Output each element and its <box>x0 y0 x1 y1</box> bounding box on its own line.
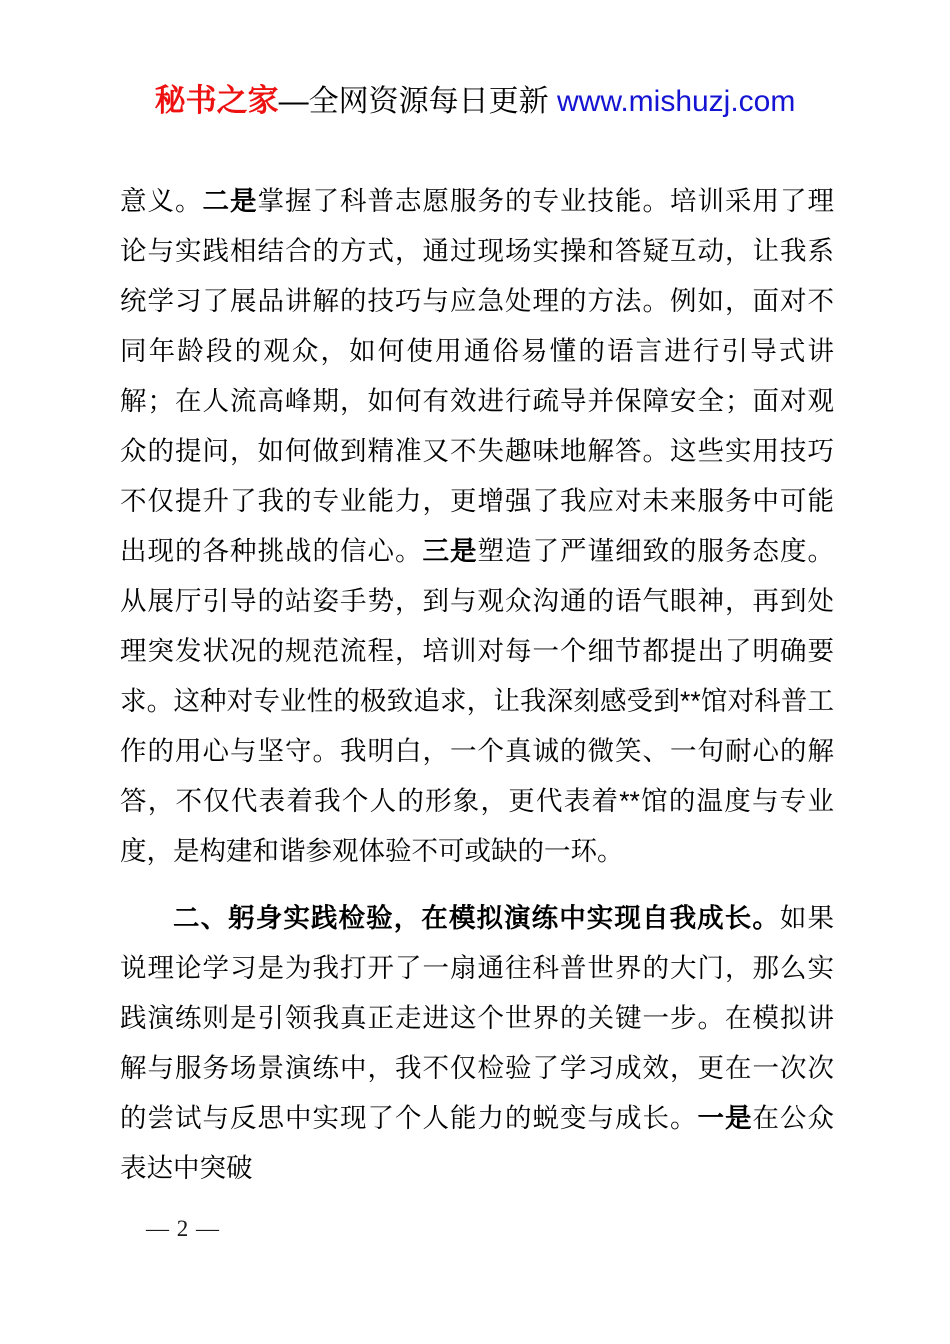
bold-text-run: 一是 <box>698 1103 753 1133</box>
site-tagline: —全网资源每日更新 <box>279 85 557 118</box>
bold-text-run: 三是 <box>423 536 478 566</box>
paragraph-2: 二、躬身实践检验，在模拟演练中实现自我成长。如果说理论学习是为我打开了一扇通往科… <box>120 893 834 1193</box>
document-page: 秘书之家—全网资源每日更新 www.mishuzj.com 意义。二是掌握了科普… <box>0 0 950 1344</box>
text-run: 掌握了科普志愿服务的专业技能。培训采用了理论与实践相结合的方式，通过现场实操和答… <box>120 186 834 566</box>
site-brand: 秘书之家 <box>155 83 279 118</box>
document-body: 意义。二是掌握了科普志愿服务的专业技能。培训采用了理论与实践相结合的方式，通过现… <box>120 176 834 1193</box>
site-url-link[interactable]: www.mishuzj.com <box>557 85 795 118</box>
text-run: 塑造了严谨细致的服务态度。从展厅引导的站姿手势，到与观众沟通的语气眼神，再到处理… <box>120 536 834 866</box>
page-footer: — 2 — <box>146 1216 220 1242</box>
bold-text-run: 二是 <box>203 186 258 216</box>
text-run: 如果说理论学习是为我打开了一扇通往科普世界的大门，那么实践演练则是引领我真正走进… <box>120 903 834 1133</box>
text-run: 意义。 <box>120 186 203 216</box>
bold-text-run: 二、躬身实践检验，在模拟演练中实现自我成长。 <box>173 903 780 933</box>
site-header: 秘书之家—全网资源每日更新 www.mishuzj.com <box>0 82 950 121</box>
paragraph-1: 意义。二是掌握了科普志愿服务的专业技能。培训采用了理论与实践相结合的方式，通过现… <box>120 176 834 876</box>
page-number: — 2 — <box>146 1216 220 1241</box>
